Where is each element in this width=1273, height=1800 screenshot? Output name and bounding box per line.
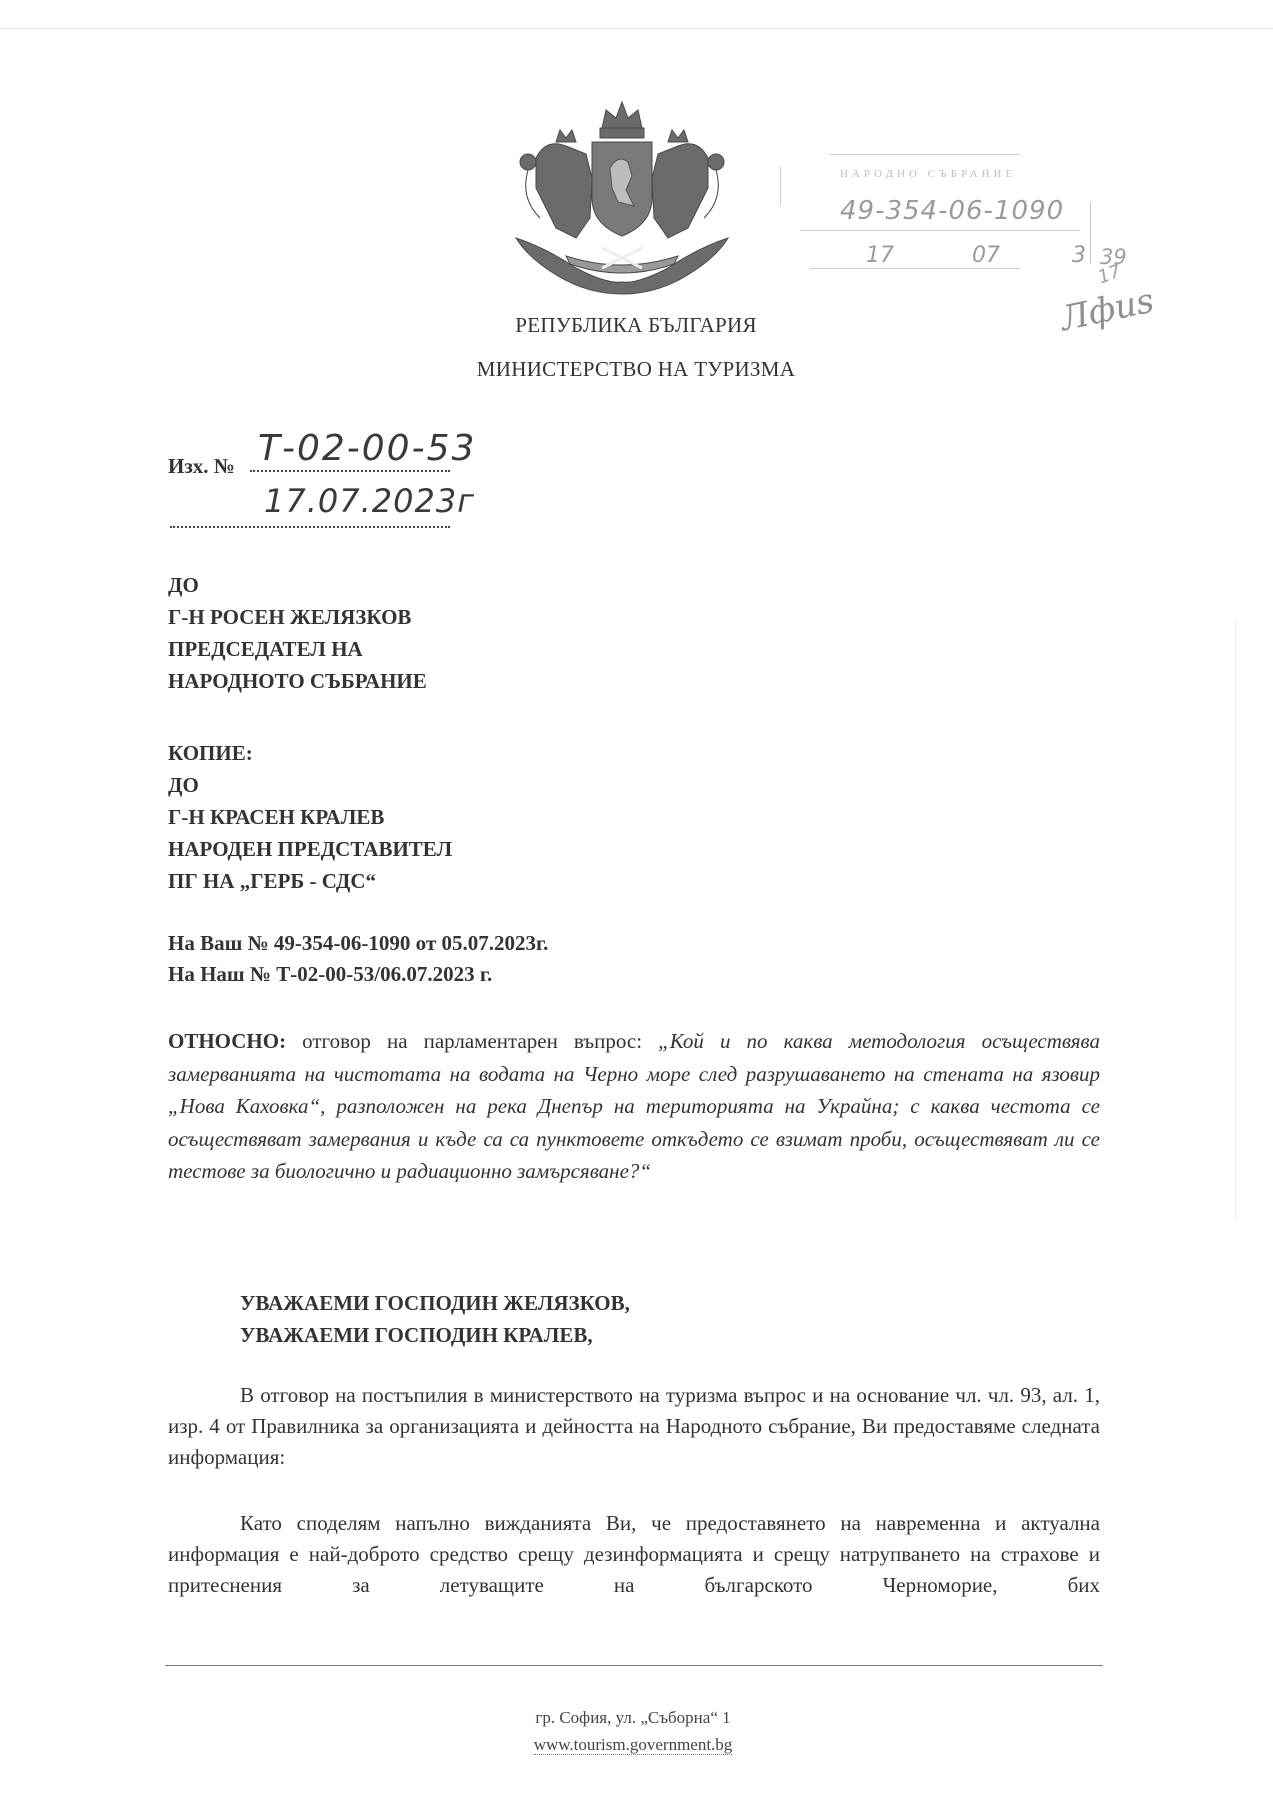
stamp-rule <box>810 268 1020 269</box>
stamp-copies: 3 <box>1072 243 1086 268</box>
addressee-line: ДО <box>168 569 427 601</box>
ministry-title: МИНИСТЕРСТВО НА ТУРИЗМА <box>477 357 795 382</box>
references: На Ваш № 49-354-06-1090 от 05.07.2023г. … <box>168 928 548 990</box>
website-link[interactable]: www.tourism.government.bg <box>534 1735 733 1755</box>
addressee-line: Г-Н КРАСЕН КРАЛЕВ <box>168 801 452 833</box>
footer-divider <box>165 1665 1103 1666</box>
addressee-copy: КОПИЕ: ДО Г-Н КРАСЕН КРАЛЕВ НАРОДЕН ПРЕД… <box>168 737 452 897</box>
stamp-rule <box>800 230 1080 231</box>
our-reference: На Наш № Т-02-00-53/06.07.2023 г. <box>168 959 548 990</box>
coat-of-arms-icon <box>506 98 738 298</box>
stamp-reg-number: 49-354-06-1090 <box>840 196 1064 226</box>
stamp-month: 07 <box>972 243 1000 268</box>
addressee-line: НАРОДЕН ПРЕДСТАВИТЕЛ <box>168 833 452 865</box>
signature: Лфиs <box>1057 281 1158 340</box>
body-paragraph: Като споделям напълно вижданията Ви, че … <box>168 1508 1100 1601</box>
greeting: УВАЖАЕМИ ГОСПОДИН ЖЕЛЯЗКОВ, УВАЖАЕМИ ГОС… <box>240 1287 630 1351</box>
stamp-title: НАРОДНО СЪБРАНИЕ <box>840 168 1016 180</box>
scan-edge-right <box>1235 620 1236 1220</box>
addressee-line: НАРОДНОТО СЪБРАНИЕ <box>168 665 427 697</box>
footer-address: гр. София, ул. „Съборна“ 1 <box>0 1708 1266 1728</box>
addressee-line: ДО <box>168 769 452 801</box>
stamp-border-left <box>780 166 781 206</box>
outgoing-label: Изх. № <box>168 454 235 479</box>
subject-intro: отговор на парламентарен въпрос: <box>286 1029 658 1053</box>
addressee-line: Г-Н РОСЕН ЖЕЛЯЗКОВ <box>168 601 427 633</box>
addressee-primary: ДО Г-Н РОСЕН ЖЕЛЯЗКОВ ПРЕДСЕДАТЕЛ НА НАР… <box>168 569 427 697</box>
addressee-line: КОПИЕ: <box>168 737 452 769</box>
outgoing-number-dotted-line <box>250 470 450 472</box>
country-title: РЕПУБЛИКА БЪЛГАРИЯ <box>515 313 757 338</box>
subject-label: ОТНОСНО: <box>168 1029 286 1053</box>
footer-website: www.tourism.government.bg <box>0 1735 1266 1755</box>
registration-stamp: НАРОДНО СЪБРАНИЕ 49-354-06-1090 17 07 3 <box>780 152 1092 270</box>
stamp-border-right <box>1090 202 1091 264</box>
outgoing-number: Т-02-00-53 <box>258 428 476 469</box>
addressee-line: ПРЕДСЕДАТЕЛ НА <box>168 633 427 665</box>
greeting-line: УВАЖАЕМИ ГОСПОДИН КРАЛЕВ, <box>240 1319 630 1351</box>
greeting-line: УВАЖАЕМИ ГОСПОДИН ЖЕЛЯЗКОВ, <box>240 1287 630 1319</box>
outgoing-date: 17.07.2023г <box>264 482 475 520</box>
stamp-day: 17 <box>866 243 894 268</box>
stamp-border-top <box>830 154 1020 155</box>
scan-edge-top <box>0 28 1273 29</box>
outgoing-date-dotted-line <box>170 526 450 528</box>
addressee-line: ПГ НА „ГЕРБ - СДС“ <box>168 865 452 897</box>
subject-paragraph: ОТНОСНО: отговор на парламентарен въпрос… <box>168 1025 1100 1188</box>
body-paragraph: В отговор на постъпилия в министерството… <box>168 1380 1100 1473</box>
your-reference: На Ваш № 49-354-06-1090 от 05.07.2023г. <box>168 928 548 959</box>
